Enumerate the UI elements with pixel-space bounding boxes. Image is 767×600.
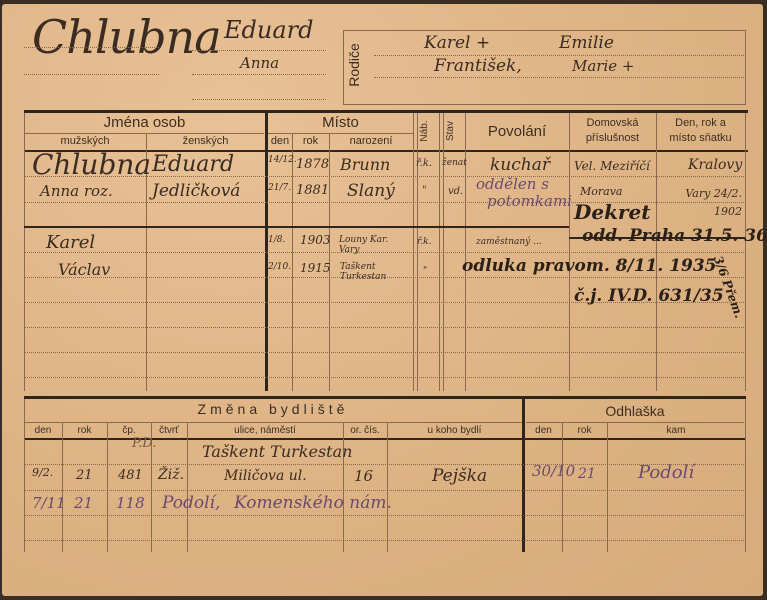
row4-birth: Taškent Turkestan <box>340 262 412 282</box>
res-row1-street: Taškent Turkestan <box>202 442 352 461</box>
row3-day: 1/8. <box>268 235 285 245</box>
row1-birth: Brunn <box>340 155 390 174</box>
row1-marriage: Kralovy <box>688 157 742 173</box>
header-domicile-2: příslušnost <box>569 132 656 144</box>
res-row3-quarter: Podolí, <box>162 493 220 513</box>
given-name-female: Anna <box>240 54 279 72</box>
header-marriage-1: Den, rok a <box>656 117 745 129</box>
row1-male: Chlubna <box>32 148 151 181</box>
row1-female: Eduard <box>152 152 234 177</box>
row2-domicile: Morava <box>580 185 622 198</box>
row1-domicile: Vel. Meziříčí <box>574 159 650 173</box>
row1-occupation: kuchař <box>490 155 550 175</box>
res-header-quarter: čtvrť <box>151 425 187 436</box>
res-header-cp: čp. <box>107 425 151 436</box>
res-header-street: ulice, náměstí <box>187 425 343 436</box>
row2-occupation-note-2: potomkami <box>487 192 572 210</box>
annotation-dekret: Dekret <box>574 200 650 224</box>
res-row3-year: 21 <box>74 494 93 512</box>
row1-day: 14/12. <box>268 155 297 165</box>
header-religion: Náb. <box>419 116 433 146</box>
dereg-row1-where: Podolí <box>638 462 694 483</box>
dereg-header-where: kam <box>607 425 745 436</box>
res-row2-quarter: Žiž. <box>158 467 184 483</box>
registration-card: Chlubna Eduard Anna Rodiče Karel + Emili… <box>2 4 763 596</box>
header-names: Jména osob <box>24 114 265 131</box>
res-row2-street: Miličova ul. <box>224 468 307 484</box>
header-place: Místo <box>268 114 413 131</box>
res-row2-year: 21 <box>76 468 93 483</box>
header-status: Stav <box>445 116 459 146</box>
row2-year: 1881 <box>296 183 329 198</box>
annotation-odd-praha: odd. Praha 31.5. 36 <box>582 226 767 246</box>
surname: Chlubna <box>32 10 221 64</box>
row3-year: 1903 <box>300 233 331 247</box>
annotation-ref: č.j. IV.D. 631/35 <box>574 286 724 306</box>
row2-male: Anna roz. <box>40 182 113 200</box>
res-row3-cp: 118 <box>116 494 145 512</box>
header-marriage-2: místo sňatku <box>656 132 745 144</box>
row3-religion: ř.k. <box>417 237 432 247</box>
father-name-2: František, <box>434 56 522 76</box>
header-year: rok <box>292 135 329 147</box>
row2-day: 21/7. <box>268 183 291 193</box>
row2-religion: " <box>422 185 427 196</box>
row3-birth: Louny Kar. Vary <box>339 235 411 255</box>
header-female: ženských <box>146 135 265 147</box>
res-header-year: rok <box>62 425 107 436</box>
row4-year: 1915 <box>300 261 331 275</box>
row1-religion: ř.k. <box>416 158 432 169</box>
res-row2-lodging: Pejška <box>432 466 487 486</box>
dereg-header-day: den <box>525 425 562 436</box>
header-domicile-1: Domovská <box>569 117 656 129</box>
header-occupation: Povolání <box>465 123 569 140</box>
dereg-row1-year: 21 <box>578 466 596 482</box>
res-row2-day: 9/2. <box>32 466 53 479</box>
residence-title: Změna bydliště <box>24 401 522 417</box>
row4-day: 2/10. <box>268 262 291 272</box>
parents-label: Rodiče <box>346 39 366 91</box>
given-name-male: Eduard <box>224 16 313 44</box>
res-row2-or-no: 16 <box>354 467 373 485</box>
row2-female: Jedličková <box>152 181 240 201</box>
row2-marriage: Vary 24/2. 1902 <box>662 185 742 221</box>
row3-male: Karel <box>46 232 95 253</box>
father-name-1: Karel + <box>424 33 490 53</box>
parents-box: Rodiče Karel + Emilie František, Marie + <box>343 30 746 105</box>
res-row3-day: 7/11 <box>32 494 66 512</box>
row2-birth: Slaný <box>347 181 395 201</box>
mother-name-1: Emilie <box>559 33 614 53</box>
dereg-header-year: rok <box>562 425 607 436</box>
header-day: den <box>268 135 292 147</box>
row1-status: ženat <box>442 158 467 168</box>
row2-status: vd. <box>448 186 463 197</box>
res-row2-cp: 481 <box>118 468 143 483</box>
header-male: mužských <box>24 135 146 147</box>
deregistration-title: Odhlaška <box>525 403 745 419</box>
res-row3-street: Komenského nám. <box>234 493 392 513</box>
res-header-lodging: u koho bydlí <box>387 425 522 436</box>
row4-male: Václav <box>58 260 110 279</box>
row2-occupation-note-1: oddělen s <box>476 175 549 193</box>
row4-religion: " <box>423 266 427 276</box>
header-birth: narození <box>329 135 413 147</box>
res-header-day: den <box>24 425 62 436</box>
res-row1-quarter: P.D. <box>132 436 156 451</box>
row1-year: 1878 <box>296 157 329 172</box>
annotation-odluka: odluka pravom. 8/11. 1935 <box>462 256 717 276</box>
row3-occupation: zaměstnaný ... <box>476 237 542 247</box>
mother-name-2: Marie + <box>572 57 634 75</box>
dereg-row1-day: 30/10 <box>532 462 575 480</box>
res-header-or-no: or. čís. <box>343 425 387 436</box>
